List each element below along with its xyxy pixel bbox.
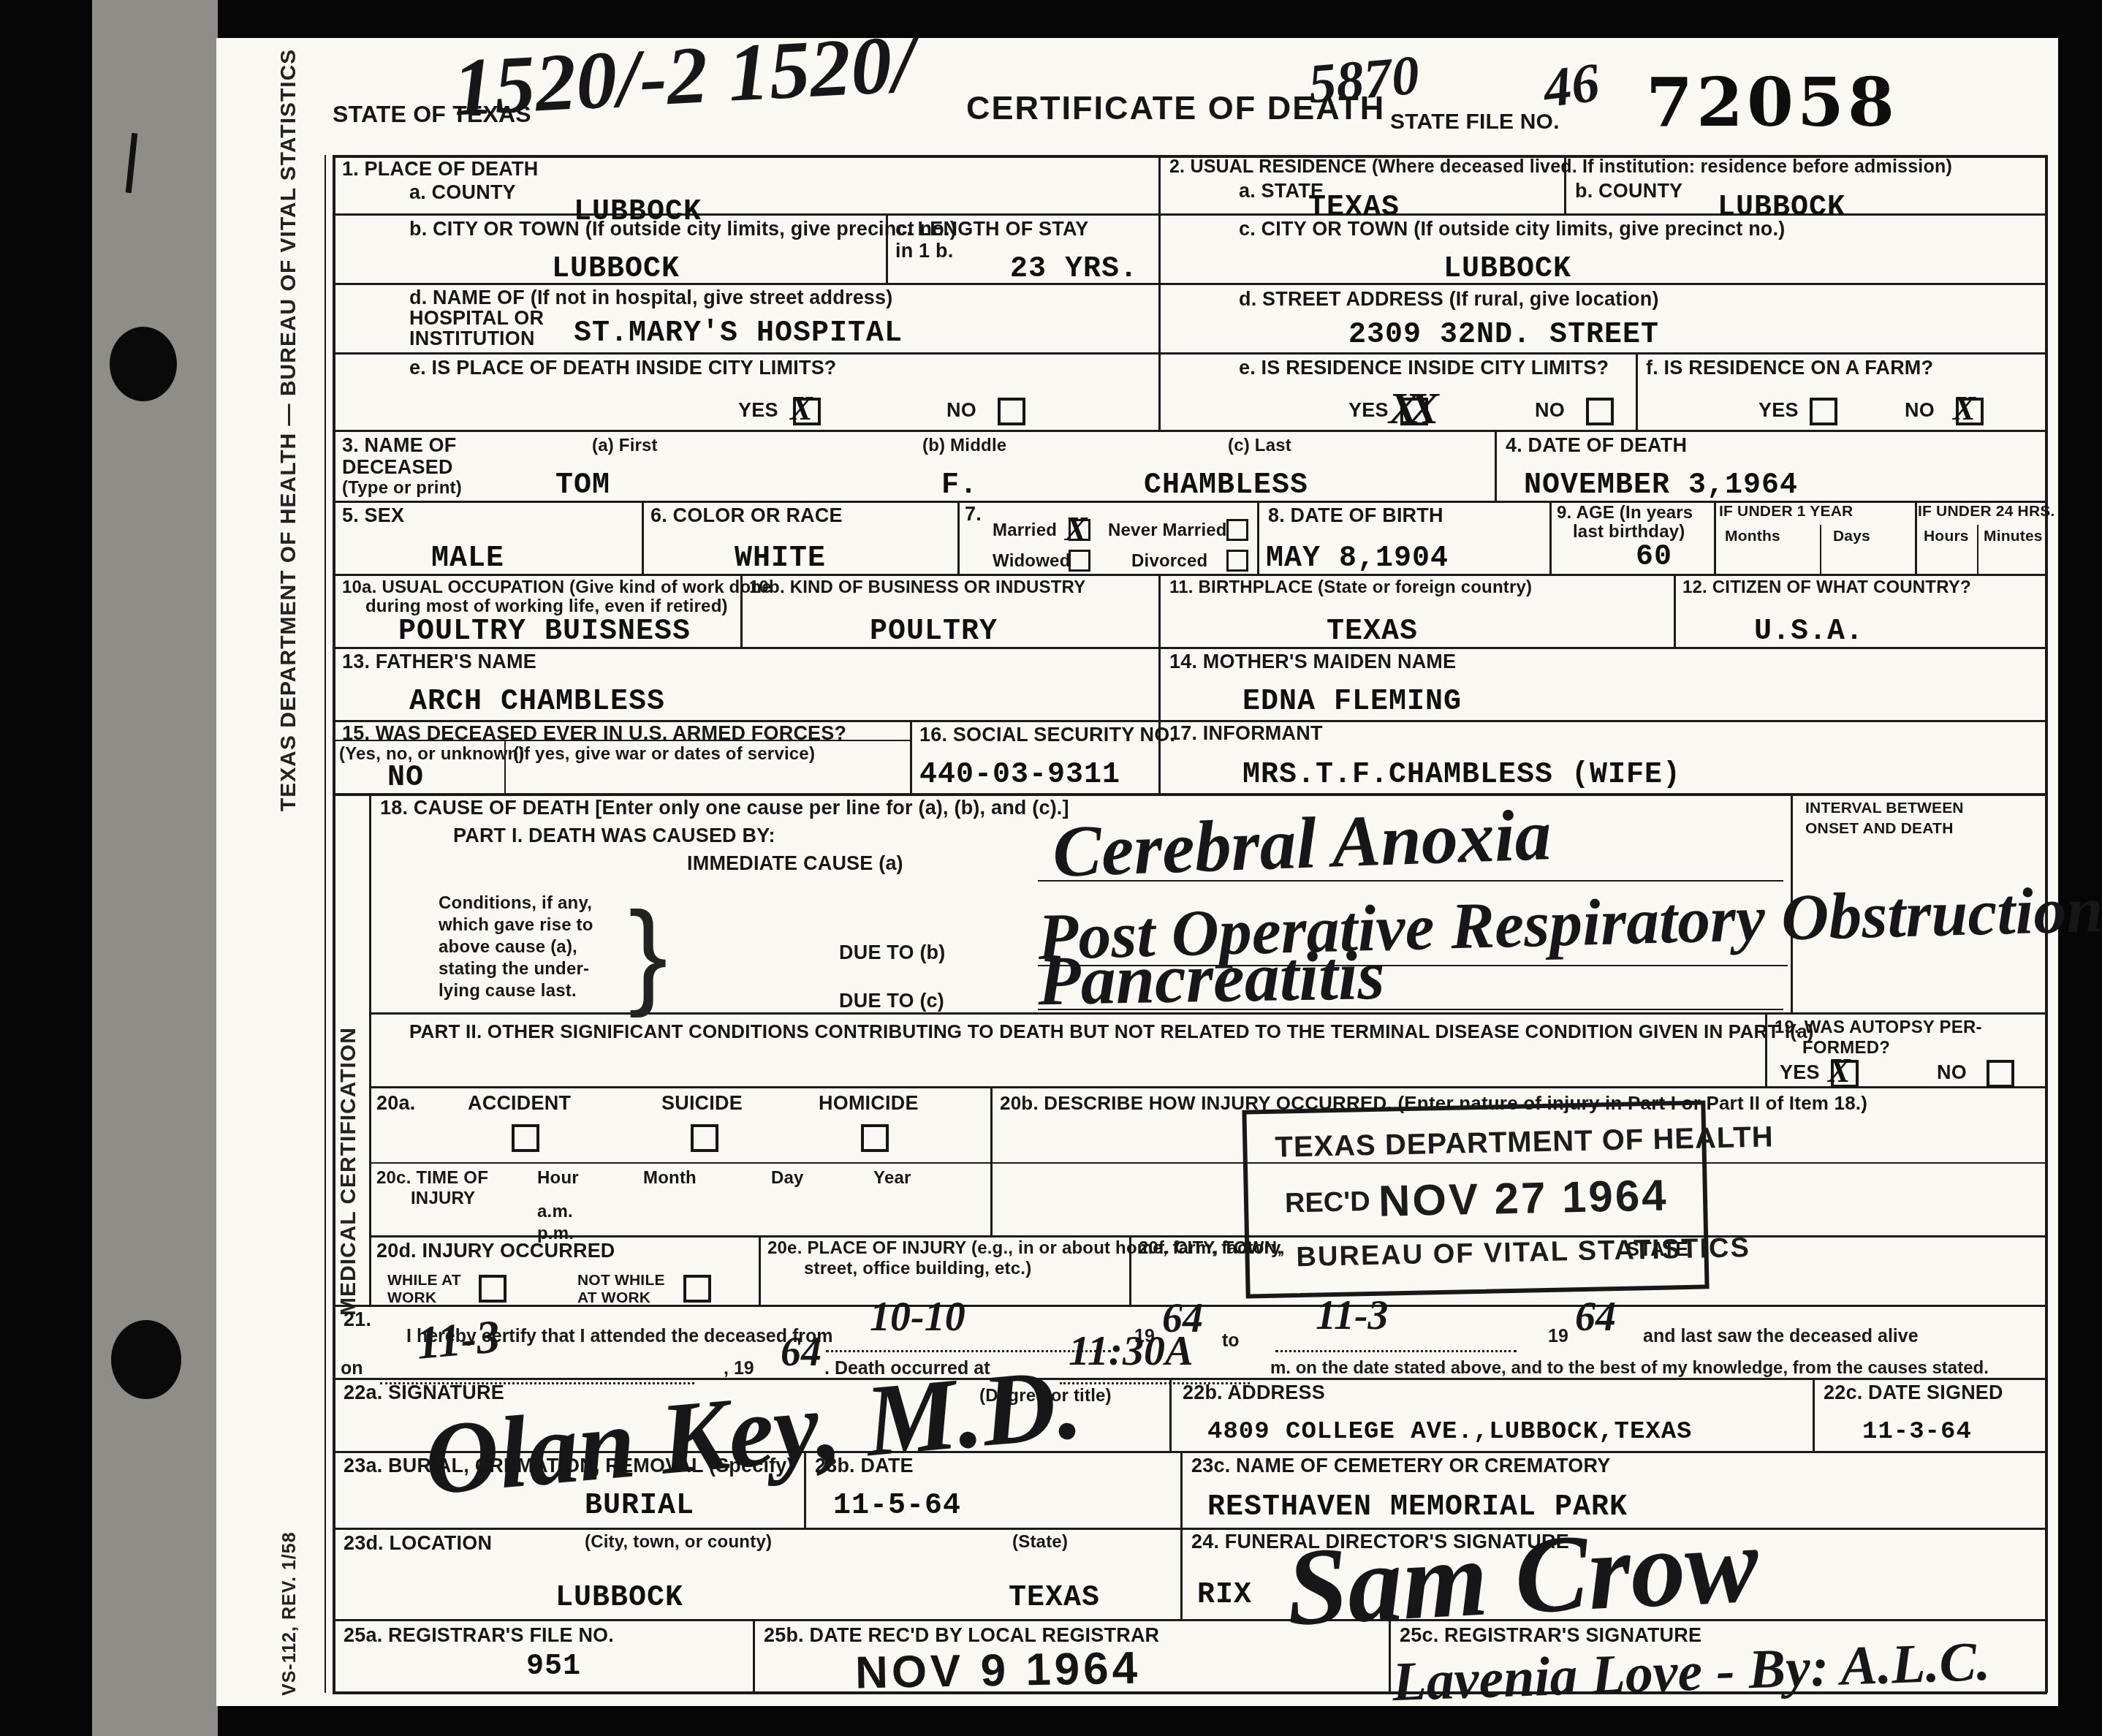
no-label: NO [946, 399, 976, 422]
middle-name-label: (b) Middle [922, 436, 1006, 456]
rule-line [642, 501, 644, 574]
mothers-maiden-name-label: 14. MOTHER'S MAIDEN NAME [1169, 651, 1456, 673]
not-while-at-work-label: NOT WHILE [577, 1272, 665, 1289]
sidebar-agency-text: TEXAS DEPARTMENT OF HEALTH — BUREAU OF V… [276, 216, 301, 811]
time-of-injury-label: 20c. TIME OF [376, 1168, 488, 1189]
place-of-death-title: 1. PLACE OF DEATH [342, 158, 538, 181]
while-at-work-checkbox [479, 1275, 506, 1303]
autopsy-label: 19. WAS AUTOPSY PER- [1775, 1017, 1982, 1038]
interval-label-1: INTERVAL BETWEEN [1805, 800, 1964, 817]
location-state-value: TEXAS [1009, 1582, 1100, 1615]
funeral-director-typed: RIX [1197, 1579, 1252, 1612]
rule-line [957, 501, 960, 574]
sidebar-medical-certification-text: MEDICAL CERTIFICATION [336, 863, 361, 1316]
type-or-print-label: (Type or print) [342, 478, 462, 499]
conditions-note-4: stating the under- [439, 959, 589, 979]
date-of-death-label: 4. DATE OF DEATH [1506, 434, 1687, 457]
punch-hole-bottom [111, 1320, 181, 1399]
never-married-checkbox [1226, 519, 1248, 541]
no-label: NO [1535, 399, 1565, 422]
rule-line [753, 1619, 755, 1691]
informant-value: MRS.T.F.CHAMBLESS (WIFE) [1242, 759, 1681, 792]
time-of-death-value: 11:30A [1069, 1326, 1194, 1375]
location-label: 23d. LOCATION [344, 1532, 492, 1555]
rule-line [910, 720, 912, 793]
stamp-recd-label: REC'D [1285, 1186, 1371, 1219]
widowed-checkbox [1069, 550, 1090, 572]
autopsy-yes-checkbox: X [1831, 1060, 1859, 1088]
color-or-race-label: 6. COLOR OR RACE [650, 504, 843, 527]
length-of-stay-value: 23 YRS. [1010, 253, 1138, 286]
county-label: a. COUNTY [409, 181, 516, 204]
divorced-label: Divorced [1131, 551, 1207, 572]
suicide-checkbox [691, 1124, 718, 1152]
residence-limits-label: e. IS RESIDENCE INSIDE CITY LIMITS? [1239, 357, 1609, 379]
age-label: 9. AGE (In years [1557, 503, 1693, 523]
armed-forces-sublabel: (Yes, no, or unknown) [339, 744, 525, 765]
industry-value: POULTRY [870, 615, 998, 648]
certify-item-number: 21. [344, 1308, 371, 1331]
certify-text-2: and last saw the deceased alive [1643, 1326, 1919, 1347]
burial-date-label: 23b. DATE [815, 1455, 914, 1477]
rule-line [1549, 501, 1552, 574]
minutes-label: Minutes [1984, 528, 2043, 545]
check-mark: X [1065, 509, 1088, 548]
armed-forces-value: NO [387, 762, 424, 795]
ssn-value: 440-03-9311 [919, 759, 1120, 792]
month-label: Month [643, 1168, 697, 1189]
length-of-stay-label: c. LENGTH OF STAY [895, 218, 1088, 240]
attended-from-date: 10-10 [870, 1294, 965, 1341]
birthplace-value: TEXAS [1327, 615, 1418, 648]
widowed-label: Widowed [993, 551, 1071, 572]
rule-line [1180, 1451, 1183, 1619]
name-of-deceased-title: 3. NAME OF [342, 434, 457, 457]
rule-line [1257, 501, 1259, 574]
if-under-24-hrs-label: IF UNDER 24 HRS. [1918, 503, 2055, 520]
farm-yes-checkbox [1810, 398, 1837, 425]
stamp-line-1: TEXAS DEPARTMENT OF HEALTH [1275, 1121, 1774, 1164]
handwritten-batch-number: 5870 [1305, 44, 1422, 117]
divorced-checkbox [1226, 550, 1248, 572]
conditions-note-5: lying cause last. [439, 981, 577, 1001]
burial-value: BURIAL [585, 1490, 694, 1523]
rule-line [1977, 525, 1978, 574]
no-label: NO [1905, 399, 1935, 422]
time-of-injury-label-2: INJURY [411, 1189, 475, 1209]
residence-limits-yes-checkbox: XX [1400, 398, 1428, 425]
entry-line [1038, 880, 1783, 882]
conditions-note-2: which gave rise to [439, 915, 593, 936]
rule-line [369, 1235, 2047, 1237]
check-mark: X [1953, 389, 1976, 428]
date-of-death-value: NOVEMBER 3,1964 [1524, 469, 1798, 502]
rule-line [333, 574, 2047, 576]
cause-of-death-title: 18. CAUSE OF DEATH [Enter only one cause… [380, 797, 1069, 819]
armed-forces-label: 15. WAS DECEASED EVER IN U.S. ARMED FORC… [342, 722, 846, 745]
scanned-death-certificate: TEXAS DEPARTMENT OF HEALTH — BUREAU OF V… [0, 0, 2102, 1736]
address-label: 22b. ADDRESS [1183, 1381, 1325, 1404]
city-value: LUBBOCK [552, 253, 680, 286]
punch-hole-top [110, 327, 177, 401]
armed-forces-if-yes-label: (If yes, give war or dates of service) [513, 744, 815, 765]
rule-line [369, 1162, 2047, 1164]
date-of-birth-label: 8. DATE OF BIRTH [1268, 504, 1443, 527]
while-at-work-label-2: WORK [387, 1289, 436, 1307]
sex-label: 5. SEX [342, 504, 404, 527]
date-signed-label: 22c. DATE SIGNED [1824, 1381, 2003, 1404]
part2-label: PART II. OTHER SIGNIFICANT CONDITIONS CO… [409, 1020, 1814, 1043]
hours-label: Hours [1924, 528, 1969, 545]
accident-checkbox [512, 1124, 539, 1152]
check-mark: X [1828, 1051, 1851, 1090]
length-of-stay-sublabel: in 1 b. [895, 240, 953, 262]
rule-line [1674, 574, 1676, 647]
rule-line [1158, 155, 1161, 430]
place-limits-no-checkbox [998, 398, 1025, 425]
residence-city-value: LUBBOCK [1443, 253, 1571, 286]
rule-line [1813, 1378, 1815, 1451]
never-married-label: Never Married [1108, 520, 1227, 541]
middle-name-value: F. [941, 469, 978, 502]
institution-label: d. NAME OF (If not in hospital, give str… [409, 287, 892, 309]
autopsy-no-checkbox [1987, 1060, 2014, 1088]
married-checkbox: X [1069, 519, 1090, 541]
rule-line [333, 1528, 2047, 1530]
rule-line [1915, 501, 1917, 574]
check-mark: X [790, 389, 813, 428]
first-name-label: (a) First [592, 436, 658, 456]
street-address-value: 2309 32ND. STREET [1348, 319, 1659, 352]
rule-line [333, 155, 335, 1693]
rule-line [333, 352, 2047, 355]
homicide-label: HOMICIDE [819, 1092, 919, 1115]
while-at-work-label: WHILE AT [387, 1272, 461, 1289]
suicide-label: SUICIDE [661, 1092, 743, 1115]
homicide-checkbox [861, 1124, 889, 1152]
burial-date-value: 11-5-64 [833, 1490, 961, 1523]
on-label: on [341, 1358, 363, 1379]
state-file-number: 72058 [1646, 63, 1898, 142]
rule-line [333, 1619, 2047, 1621]
location-state-sublabel: (State) [1012, 1532, 1068, 1553]
stamp-date: NOV 27 1964 [1378, 1170, 1669, 1226]
immediate-cause-value: Cerebral Anoxia [1051, 792, 1552, 894]
citizen-label: 12. CITIZEN OF WHAT COUNTRY? [1682, 577, 1971, 598]
age-value: 60 [1636, 541, 1672, 574]
fathers-name-label: 13. FATHER'S NAME [342, 651, 536, 673]
injury-20a-label: 20a. [376, 1092, 415, 1115]
rule-line [1495, 430, 1497, 501]
industry-label: 10b. KIND OF BUSINESS OR INDUSTRY [749, 577, 1085, 598]
entry-line [1038, 1009, 1783, 1010]
received-stamp: TEXAS DEPARTMENT OF HEALTH REC'D NOV 27 … [1242, 1100, 1709, 1298]
if-under-1-year-label: IF UNDER 1 YEAR [1719, 503, 1853, 520]
entry-dots [1275, 1349, 1517, 1352]
to-label: to [1222, 1330, 1240, 1352]
state-file-no-label: STATE FILE NO. [1390, 110, 1560, 134]
informant-label: 17. INFORMANT [1169, 722, 1323, 745]
age-label-2: last birthday) [1573, 522, 1685, 542]
attended-to-date: 11-3 [1316, 1292, 1389, 1339]
yes-label: YES [738, 399, 778, 422]
rule-line [333, 430, 2047, 432]
fathers-name-value: ARCH CHAMBLESS [409, 686, 665, 719]
sidebar-form-code: VS-112, REV. 1/58 [279, 1542, 300, 1696]
year-label: Year [873, 1168, 911, 1189]
location-city-sublabel: (City, town, or county) [585, 1532, 772, 1553]
occupation-label: 10a. USUAL OCCUPATION (Give kind of work… [342, 577, 772, 598]
street-address-label: d. STREET ADDRESS (If rural, give locati… [1239, 288, 1659, 311]
due-to-c-label: DUE TO (c) [839, 990, 944, 1012]
not-while-at-work-label-2: AT WORK [577, 1289, 650, 1307]
birthplace-label: 11. BIRTHPLACE (State or foreign country… [1169, 577, 1532, 598]
months-label: Months [1725, 528, 1780, 545]
occupation-label-2: during most of working life, even if ret… [365, 596, 728, 617]
first-name-value: TOM [555, 469, 610, 502]
institution-value: ST.MARY'S HOSPITAL [574, 317, 903, 350]
location-city-value: LUBBOCK [555, 1582, 683, 1615]
place-of-injury-label-2: street, office building, etc.) [804, 1259, 1031, 1279]
yes-label: YES [1758, 399, 1799, 422]
br ace-glyph: } [629, 886, 667, 1020]
last-name-label: (c) Last [1228, 436, 1291, 456]
rule-line [759, 1235, 761, 1305]
inside-city-limits-label: e. IS PLACE OF DEATH INSIDE CITY LIMITS? [409, 357, 837, 379]
rule-line [990, 1086, 993, 1235]
registrar-file-no-value: 951 [526, 1650, 581, 1683]
date-of-birth-value: MAY 8,1904 [1266, 542, 1449, 575]
rule-line [369, 793, 371, 1305]
local-registrar-date-stamp: NOV 9 1964 [854, 1642, 1141, 1699]
rule-line [1169, 1378, 1172, 1451]
part1-label: PART I. DEATH WAS CAUSED BY: [453, 825, 775, 847]
am-label: a.m. [537, 1202, 573, 1222]
check-mark: XX [1389, 383, 1429, 435]
year-prefix-2: 19 [1548, 1326, 1568, 1347]
conditions-note-3: above cause (a), [439, 937, 577, 958]
residence-county-label: b. COUNTY [1575, 180, 1682, 202]
residence-limits-no-checkbox [1586, 398, 1614, 425]
marital-status-label: 7. [965, 503, 982, 526]
days-label: Days [1833, 528, 1870, 545]
name-of-deceased-title-2: DECEASED [342, 456, 453, 479]
place-limits-yes-checkbox: X [793, 398, 821, 425]
hour-label: Hour [537, 1168, 579, 1189]
rule-line [1820, 525, 1821, 574]
rule-line [325, 155, 326, 1693]
yes-label: YES [1780, 1061, 1820, 1084]
rule-line [1714, 501, 1716, 574]
date-signed-value: 11-3-64 [1862, 1418, 1972, 1446]
residence-city-label: c. CITY OR TOWN (If outside city limits,… [1239, 218, 1785, 240]
day-label: Day [771, 1168, 804, 1189]
occupation-value: POULTRY BUISNESS [398, 615, 691, 648]
sex-value: MALE [431, 542, 504, 575]
city-label: b. CITY OR TOWN (If outside city limits,… [409, 218, 957, 240]
usual-residence-title: 2. USUAL RESIDENCE (Where deceased lived… [1169, 156, 1952, 178]
residence-farm-label: f. IS RESIDENCE ON A FARM? [1646, 357, 1933, 379]
citizen-value: U.S.A. [1754, 615, 1864, 648]
stamp-line-3: BUREAU OF VITAL STATISTICS [1296, 1232, 1750, 1273]
address-value: 4809 COLLEGE AVE.,LUBBOCK,TEXAS [1207, 1418, 1693, 1446]
not-while-at-work-checkbox [683, 1275, 711, 1303]
ssn-label: 16. SOCIAL SECURITY NO. [919, 724, 1175, 746]
rule-line [369, 1086, 2047, 1088]
institution-label-3: INSTITUTION [409, 327, 535, 350]
yes-label: YES [1348, 399, 1389, 422]
cemetery-label: 23c. NAME OF CEMETERY OR CREMATORY [1191, 1455, 1610, 1477]
conditions-note-1: Conditions, if any, [439, 893, 592, 914]
no-label: NO [1937, 1061, 1967, 1084]
rule-line [1158, 574, 1161, 793]
last-seen-date: 11-3 [414, 1309, 502, 1371]
registrar-file-no-label: 25a. REGISTRAR'S FILE NO. [344, 1624, 614, 1647]
mothers-maiden-name-value: EDNA FLEMING [1242, 686, 1462, 719]
married-label: Married [993, 520, 1057, 541]
institution-label-2: HOSPITAL OR [409, 307, 544, 330]
accident-label: ACCIDENT [468, 1092, 571, 1115]
color-or-race-value: WHITE [735, 542, 826, 575]
rule-line [1636, 352, 1638, 430]
year-value-2: 64 [1575, 1294, 1616, 1341]
last-name-value: CHAMBLESS [1144, 469, 1308, 502]
burial-cremation-label: 23a. BURIAL, CREMATION, REMOVAL (Specify… [344, 1455, 794, 1477]
farm-no-checkbox: X [1956, 398, 1984, 425]
injury-occurred-label: 20d. INJURY OCCURRED [376, 1240, 615, 1262]
interval-label-2: ONSET AND DEATH [1805, 820, 1954, 838]
certify-text-4: m. on the date stated above, and to the … [1270, 1358, 1989, 1379]
scan-left-margin [92, 0, 218, 1736]
immediate-cause-label: IMMEDIATE CAUSE (a) [687, 852, 903, 875]
due-to-b-label: DUE TO (b) [839, 941, 946, 964]
